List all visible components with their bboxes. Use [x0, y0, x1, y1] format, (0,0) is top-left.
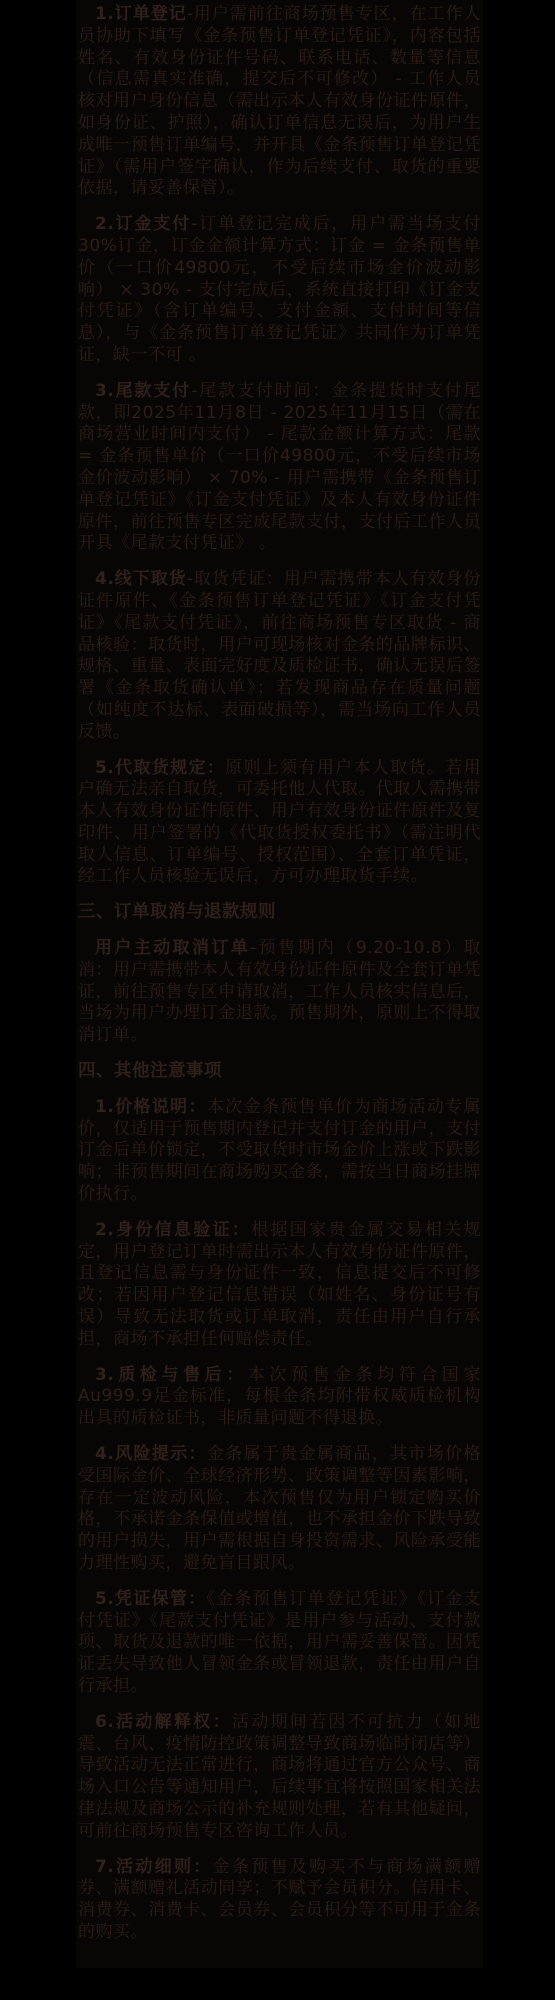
rule-paragraph: 4.线下取货-取货凭证：用户需携带本人有效身份证件原件、《金条预售订单登记凭证》…	[78, 569, 481, 743]
rule-label: 4.风险提示：	[95, 1444, 207, 1464]
section-heading: 三、订单取消与退款规则	[78, 902, 481, 924]
rule-label: 3.尾款支付	[95, 381, 191, 401]
rule-label: 5.凭证保管：	[95, 1589, 206, 1609]
rule-label: 5.代取货规定：	[95, 758, 225, 778]
rules-panel: 1.订单登记-用户需前往商场预售专区，在工作人员协助下填写《金条预售订单登记凭证…	[73, 0, 483, 1968]
rule-label: 6.活动解释权：	[95, 1712, 232, 1732]
rule-label: 4.线下取货	[95, 569, 187, 589]
rule-label: 1.价格说明：	[95, 1097, 207, 1117]
rule-paragraph: 2.订金支付-订单登记完成后，用户需当场支付30%订金，订金金额计算方式：订金 …	[78, 214, 481, 367]
rule-label: 1.订单登记	[95, 4, 187, 24]
rule-paragraph: 5.凭证保管：《金条预售订单登记凭证》《订金支付凭证》《尾款支付凭证》是用户参与…	[78, 1589, 481, 1698]
rule-paragraph: 用户主动取消订单-预售期内（9.20-10.8）取消：用户需携带本人有效身份证件…	[78, 938, 481, 1047]
page-background: 1.订单登记-用户需前往商场预售专区，在工作人员协助下填写《金条预售订单登记凭证…	[0, 0, 555, 2000]
rule-label: 2.订金支付	[95, 214, 191, 234]
rule-paragraph: 5.代取货规定：原则上须有用户本人取货。若用户确无法亲自取货，可委托他人代取。代…	[78, 758, 481, 889]
rule-label: 2.身份信息验证：	[95, 1220, 251, 1240]
rule-paragraph: 2.身份信息验证：根据国家贵金属交易相关规定，用户登记订单时需出示本人有效身份证…	[78, 1220, 481, 1351]
rule-paragraph: 1.订单登记-用户需前往商场预售专区，在工作人员协助下填写《金条预售订单登记凭证…	[78, 4, 481, 200]
rule-paragraph: 3.质检与售后：本次预售金条均符合国家Au999.9足金标准，每根金条均附带权威…	[78, 1365, 481, 1430]
rule-paragraph: 4.风险提示：金条属于贵金属商品，其市场价格受国际金价、全球经济形势、政策调整等…	[78, 1444, 481, 1575]
rule-paragraph: 3.尾款支付-尾款支付时间：金条提货时支付尾款，即2025年11月8日 - 20…	[78, 381, 481, 555]
rule-paragraph: 7.活动细则：金条预售及购买不与商场满额赠券、满额赠礼活动同享；不赋予会员积分。…	[78, 1857, 481, 1944]
rules-content: 1.订单登记-用户需前往商场预售专区，在工作人员协助下填写《金条预售订单登记凭证…	[76, 0, 483, 1944]
rule-paragraph: 6.活动解释权：活动期间若因不可抗力（如地震、台风、疫情防控政策调整导致商场临时…	[78, 1712, 481, 1843]
rule-label: 3.质检与售后：	[95, 1365, 248, 1385]
section-heading: 四、其他注意事项	[78, 1061, 481, 1083]
rule-label: 用户主动取消订单	[95, 938, 250, 958]
rule-label: 7.活动细则：	[95, 1857, 213, 1877]
rule-paragraph: 1.价格说明：本次金条预售单价为商场活动专属价，仅适用于预售期内登记并支付订金的…	[78, 1097, 481, 1206]
